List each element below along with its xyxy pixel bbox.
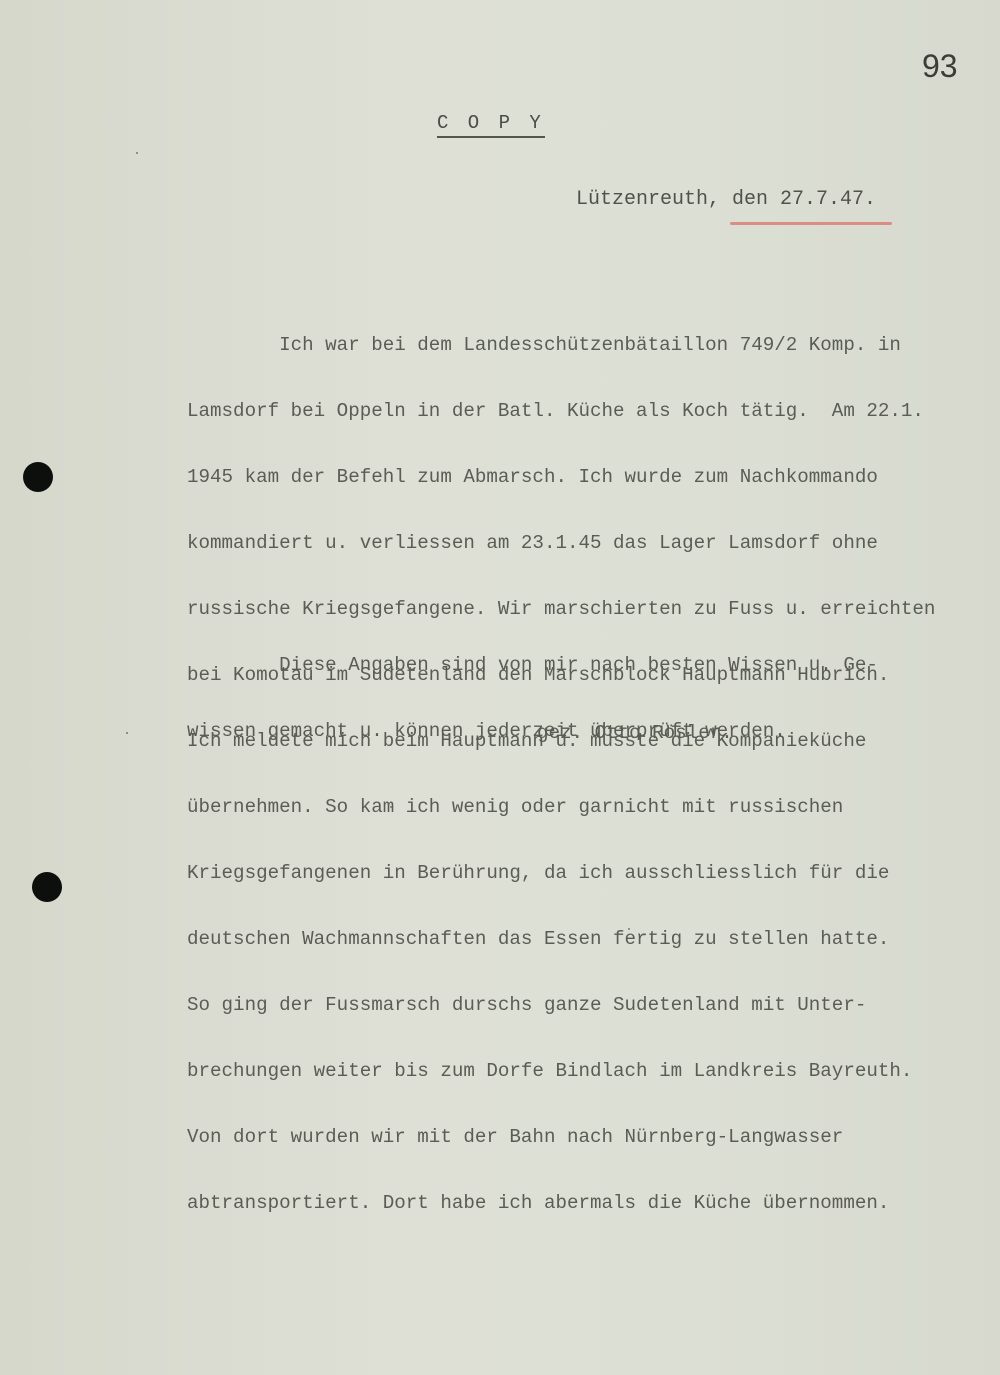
text-line: So ging der Fussmarsch durschs ganze Sud… [187, 994, 1000, 1016]
text-line: Ich war bei dem Landesschützenbätaillon … [187, 334, 1000, 356]
paper-speck [136, 152, 138, 154]
paper-speck [390, 806, 392, 808]
text-line: Lamsdorf bei Oppeln in der Batl. Küche a… [187, 400, 1000, 422]
text-line: Kriegsgefangenen in Berührung, da ich au… [187, 862, 1000, 884]
statement-paragraph-2: Diese Angaben sind von mir nach besten W… [187, 610, 878, 786]
text-line: Von dort wurden wir mit der Bahn nach Nü… [187, 1126, 1000, 1148]
paper-speck [628, 928, 630, 930]
paper-speck [126, 732, 128, 734]
place-and-date: Lützenreuth, den 27.7.47. [576, 188, 876, 211]
text-line: übernehmen. So kam ich wenig oder garnic… [187, 796, 1000, 818]
signature: gez. Otto Rösler. [537, 722, 733, 744]
page-number: 93 [922, 48, 958, 85]
text-line: wissen gemacht u. können jederzeit überp… [187, 720, 878, 742]
text-line: Diese Angaben sind von mir nach besten W… [187, 654, 878, 676]
red-pencil-underline [730, 222, 892, 225]
punch-hole-bottom [32, 872, 62, 902]
text-line: abtransportiert. Dort habe ich abermals … [187, 1192, 1000, 1214]
text-line: 1945 kam der Befehl zum Abmarsch. Ich wu… [187, 466, 1000, 488]
document-title: C O P Y [437, 112, 545, 138]
text-line: deutschen Wachmannschaften das Essen fer… [187, 928, 1000, 950]
punch-hole-top [23, 462, 53, 492]
text-line: brechungen weiter bis zum Dorfe Bindlach… [187, 1060, 1000, 1082]
text-line: kommandiert u. verliessen am 23.1.45 das… [187, 532, 1000, 554]
